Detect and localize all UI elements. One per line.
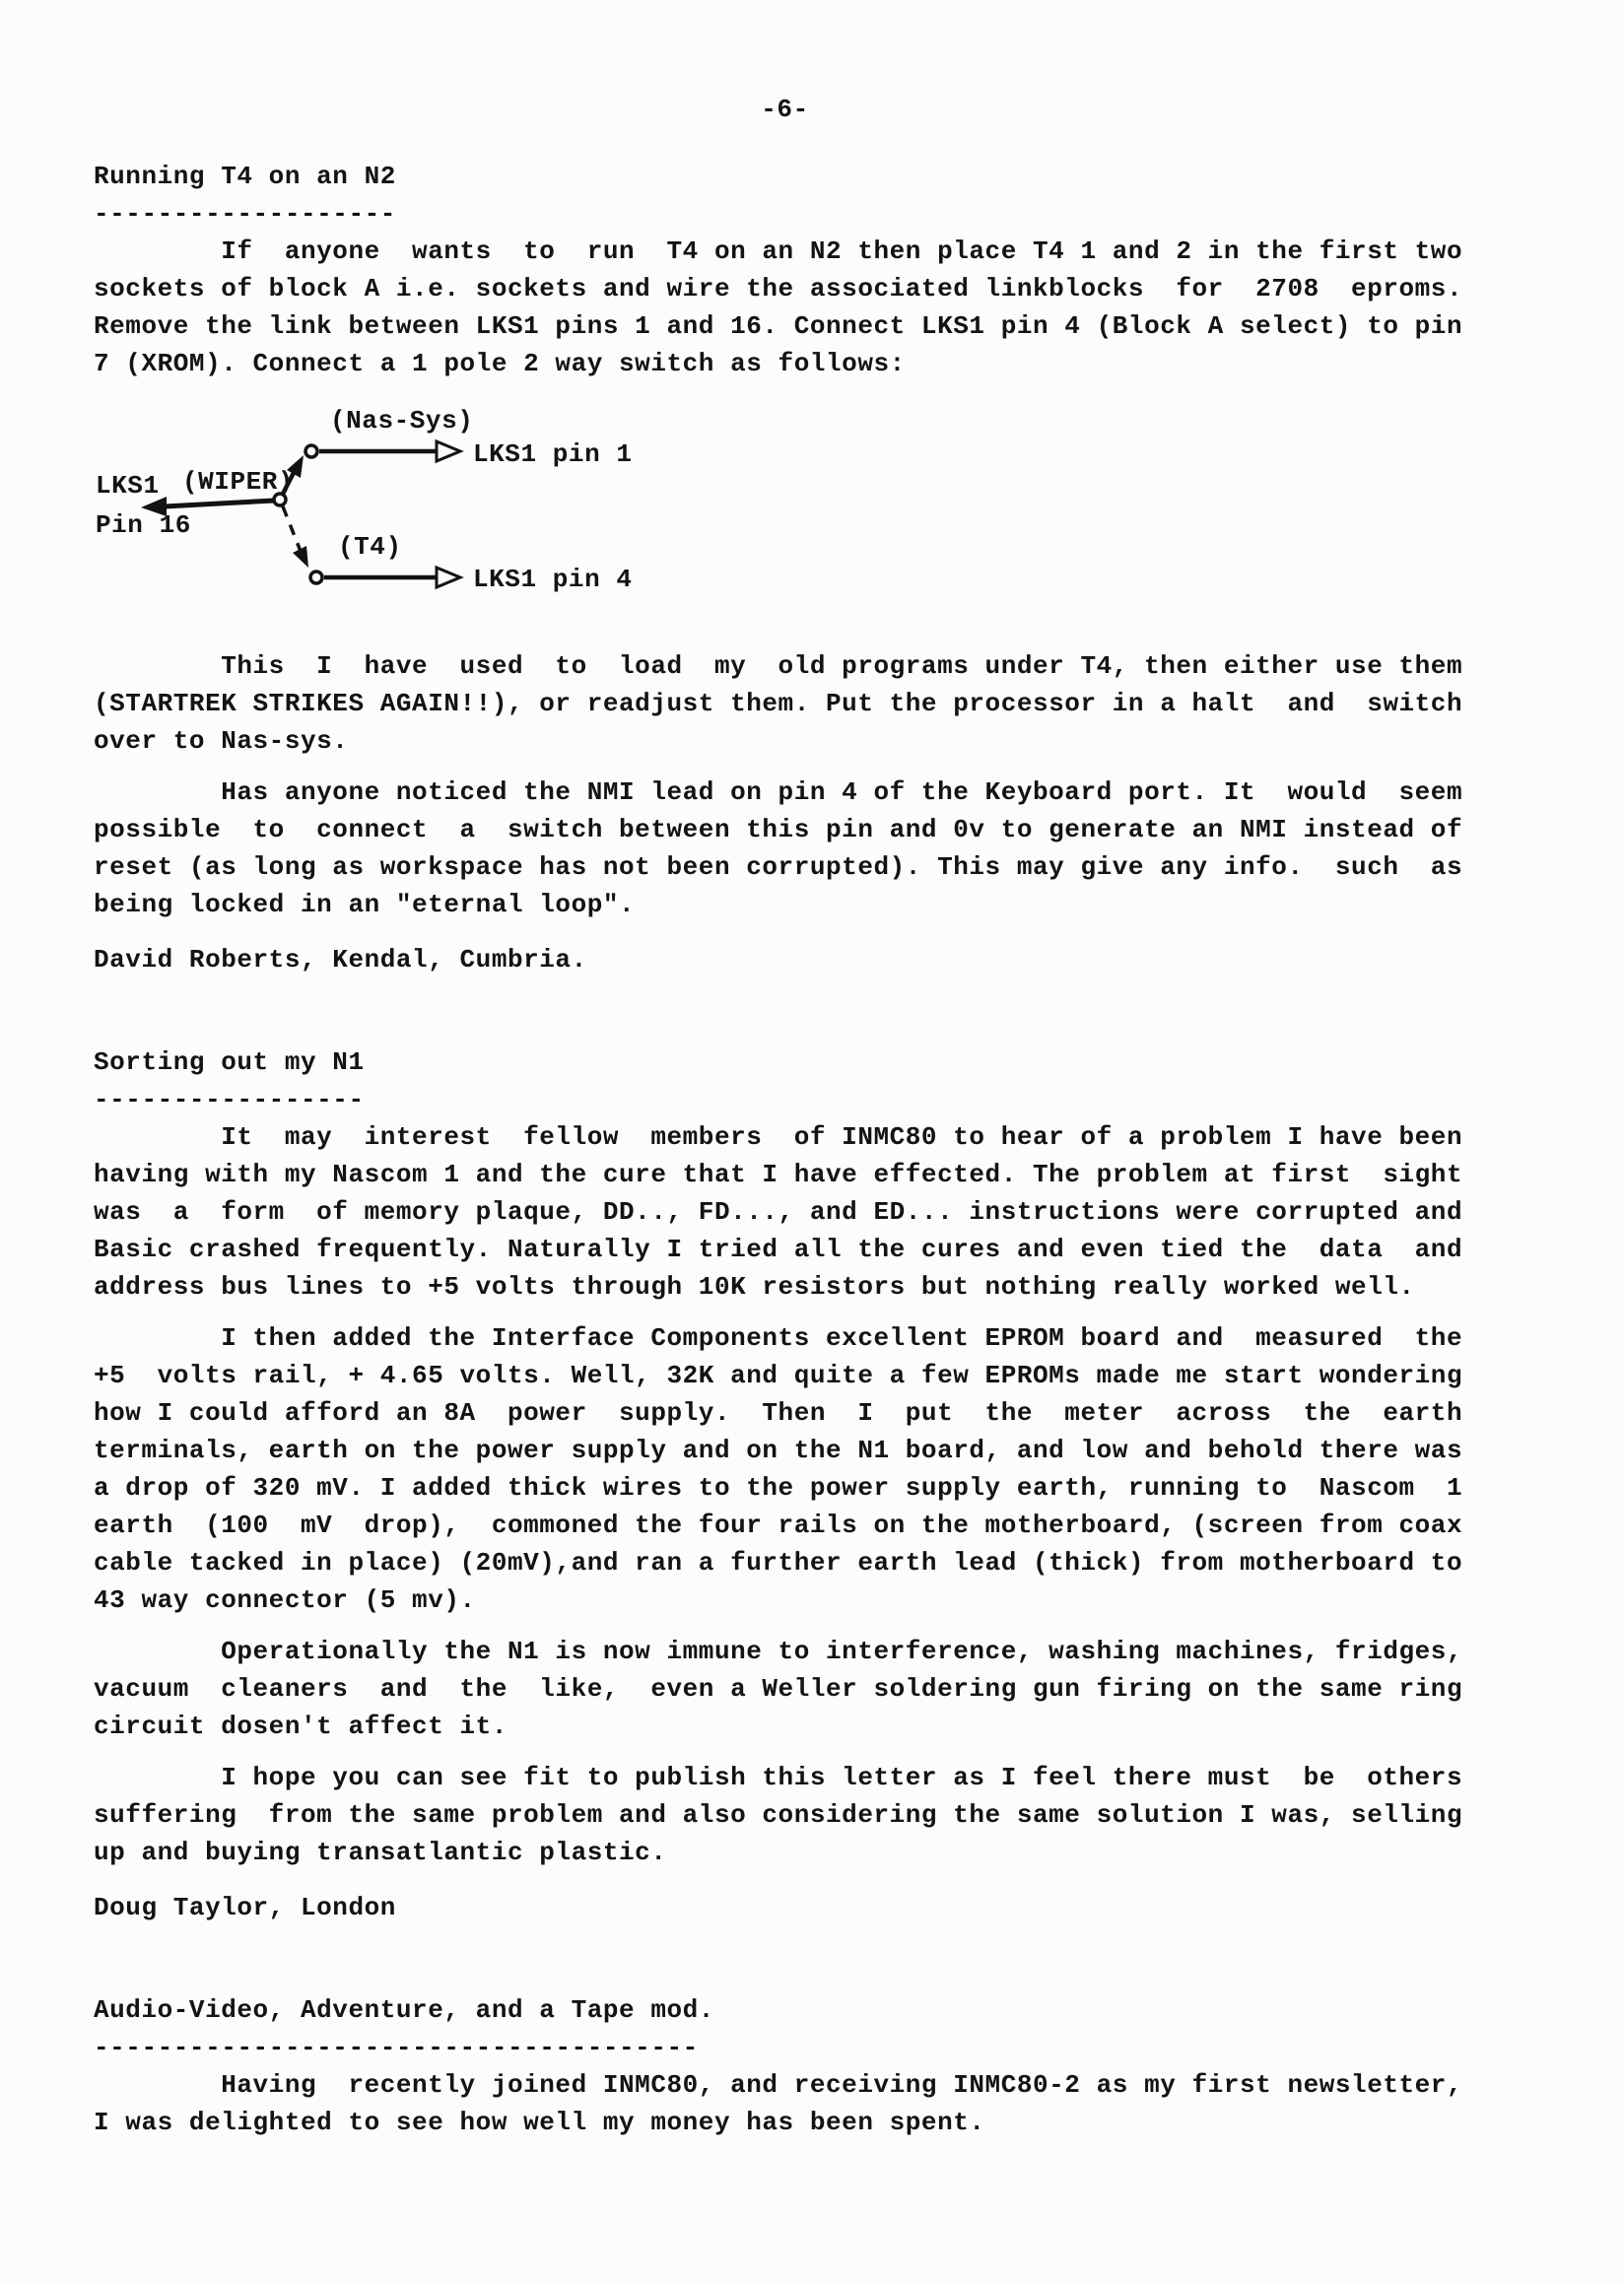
- signature-david-roberts: David Roberts, Kendal, Cumbria.: [94, 941, 1476, 978]
- arrowhead-down-right-icon: [293, 546, 308, 568]
- wiper-wire: [165, 501, 274, 506]
- switch-wiring-diagram: LKS1 Pin 16 (WIPER) (Nas-Sys) LKS1 pin 1…: [94, 398, 1476, 622]
- section-underline-audio-video: --------------------------------------: [94, 2029, 1476, 2066]
- page-number: -6-: [94, 91, 1476, 128]
- diagram-label-t4: (T4): [338, 532, 402, 562]
- paragraph: This I have used to load my old programs…: [94, 647, 1476, 760]
- nas-sys-contact-node: [305, 445, 317, 457]
- wiper-node: [274, 494, 286, 505]
- signature-doug-taylor: Doug Taylor, London: [94, 1889, 1476, 1926]
- paragraph: If anyone wants to run T4 on an N2 then …: [94, 233, 1476, 382]
- t4-contact-node: [310, 571, 322, 583]
- diagram-label-lks1-pin4: LKS1 pin 4: [473, 565, 633, 594]
- diagram-label-pin16: Pin 16: [96, 510, 191, 540]
- diagram-label-lks1: LKS1: [96, 471, 160, 501]
- section-sorting-n1: Sorting out my N1 ----------------- It m…: [94, 1043, 1476, 1926]
- section-title-running-t4: Running T4 on an N2: [94, 158, 1476, 195]
- section-title-sorting-n1: Sorting out my N1: [94, 1043, 1476, 1081]
- diagram-label-wiper: (WIPER): [182, 467, 294, 497]
- paragraph: I then added the Interface Components ex…: [94, 1319, 1476, 1619]
- arrowhead-right-hollow-icon: [437, 441, 460, 461]
- section-underline-running-t4: -------------------: [94, 195, 1476, 233]
- section-running-t4: Running T4 on an N2 ------------------- …: [94, 158, 1476, 978]
- t4-throw-wire-dashed: [283, 506, 302, 554]
- paragraph: It may interest fellow members of INMC80…: [94, 1118, 1476, 1306]
- newsletter-page: -6- Running T4 on an N2 ----------------…: [0, 0, 1624, 2286]
- diagram-label-nas-sys: (Nas-Sys): [330, 406, 473, 436]
- switch-wiring-diagram-svg: LKS1 Pin 16 (WIPER) (Nas-Sys) LKS1 pin 1…: [94, 398, 645, 610]
- section-audio-video: Audio-Video, Adventure, and a Tape mod. …: [94, 1991, 1476, 2141]
- paragraph: Operationally the N1 is now immune to in…: [94, 1633, 1476, 1745]
- diagram-label-lks1-pin1: LKS1 pin 1: [473, 439, 633, 469]
- arrowhead-right-hollow-icon: [437, 568, 460, 587]
- paragraph: Has anyone noticed the NMI lead on pin 4…: [94, 773, 1476, 923]
- paragraph: Having recently joined INMC80, and recei…: [94, 2066, 1476, 2141]
- section-title-audio-video: Audio-Video, Adventure, and a Tape mod.: [94, 1991, 1476, 2029]
- section-underline-sorting-n1: -----------------: [94, 1081, 1476, 1118]
- paragraph: I hope you can see fit to publish this l…: [94, 1759, 1476, 1871]
